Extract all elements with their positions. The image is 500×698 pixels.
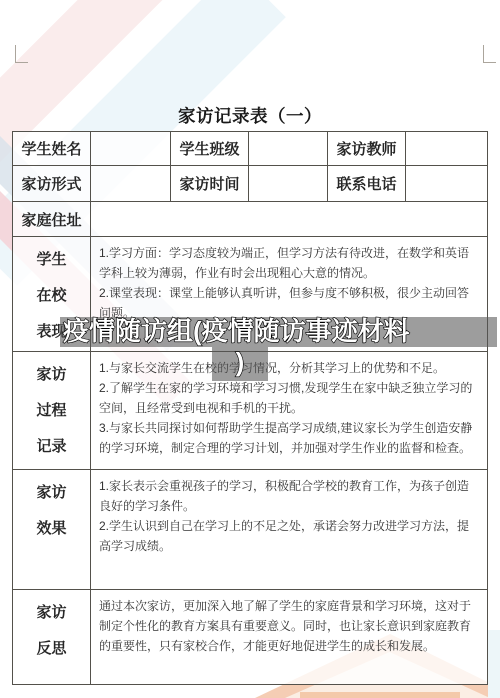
- info-row-2: 家访形式 家访时间 联系电话: [13, 166, 488, 202]
- section-label-line: 家访: [14, 357, 89, 393]
- content-item: 3.与家长共同探讨如何帮助学生提高学习成绩,建议家长为学生创造安静的学习环境，制…: [99, 418, 479, 458]
- section-label-line: 在校: [14, 278, 89, 314]
- section-label-line: 家访: [14, 595, 89, 631]
- section-label-line: 学生: [14, 242, 89, 278]
- section-label-visit-reflection: 家访 反思: [13, 590, 91, 685]
- decor-strip-orange: [300, 692, 460, 698]
- label-visiting-teacher: 家访教师: [328, 132, 406, 166]
- decor-strip-blue-right: [488, 630, 500, 698]
- content-item: 2.了解学生在家的学习环境和学习习惯,发现学生在家中缺乏独立学习的空间，且经常受…: [99, 378, 479, 418]
- value-visiting-teacher: [406, 132, 488, 166]
- section-visit-reflection: 家访 反思 通过本次家访，更加深入地了解了学生的家庭背景和学习环境，这对于制定个…: [13, 590, 488, 685]
- value-home-address: [91, 202, 488, 237]
- value-contact-phone: [406, 166, 488, 202]
- content-item: 1.家长表示会重视孩子的学习，积极配合学校的教育工作，为孩子创造良好的学习条件。: [99, 476, 479, 516]
- section-content-visit-process: 1.与家长交流学生在校的学习情况，分析其学习上的优势和不足。 2.了解学生在家的…: [91, 352, 488, 470]
- label-home-address: 家庭住址: [13, 202, 91, 237]
- section-label-visit-effect: 家访 效果: [13, 470, 91, 590]
- value-student-name: [91, 132, 171, 166]
- section-label-visit-process: 家访 过程 记录: [13, 352, 91, 470]
- section-label-line: 家访: [14, 475, 89, 511]
- label-visit-form: 家访形式: [13, 166, 91, 202]
- content-item: 2.学生认识到自己在学习上的不足之处，承诺会努力改进学习方法，提高学习成绩。: [99, 516, 479, 556]
- label-student-class: 学生班级: [171, 132, 249, 166]
- info-row-1: 学生姓名 学生班级 家访教师: [13, 132, 488, 166]
- section-label-line: 反思: [14, 631, 89, 667]
- crop-mark-right: [483, 45, 496, 63]
- content-item: 通过本次家访，更加深入地了解了学生的家庭背景和学习环境，这对于制定个性化的教育方…: [99, 596, 479, 656]
- section-label-line: 过程: [14, 393, 89, 429]
- address-row: 家庭住址: [13, 202, 488, 237]
- content-item: 1.与家长交流学生在校的学习情况，分析其学习上的优势和不足。: [99, 358, 479, 378]
- section-label-line: 效果: [14, 511, 89, 547]
- home-visit-form: 学生姓名 学生班级 家访教师 家访形式 家访时间 联系电话 家庭住址 学生 在校…: [12, 131, 488, 685]
- watermark-line-1: 疫情随访组(疫情随访事迹材料: [60, 317, 497, 347]
- content-item: 1.学习方面：学习态度较为端正，但学习方法有待改进，在数学和英语学科上较为薄弱，…: [99, 243, 479, 283]
- watermark-line-2: ): [212, 347, 268, 381]
- crop-mark-left: [15, 45, 28, 63]
- label-contact-phone: 联系电话: [328, 166, 406, 202]
- value-visit-form: [91, 166, 171, 202]
- label-visit-time: 家访时间: [171, 166, 249, 202]
- label-student-name: 学生姓名: [13, 132, 91, 166]
- section-content-visit-effect: 1.家长表示会重视孩子的学习，积极配合学校的教育工作，为孩子创造良好的学习条件。…: [91, 470, 488, 590]
- page-title: 家访记录表（一）: [0, 103, 500, 128]
- value-visit-time: [249, 166, 328, 202]
- section-content-visit-reflection: 通过本次家访，更加深入地了解了学生的家庭背景和学习环境，这对于制定个性化的教育方…: [91, 590, 488, 685]
- value-student-class: [249, 132, 328, 166]
- section-label-line: 记录: [14, 429, 89, 465]
- section-visit-effect: 家访 效果 1.家长表示会重视孩子的学习，积极配合学校的教育工作，为孩子创造良好…: [13, 470, 488, 590]
